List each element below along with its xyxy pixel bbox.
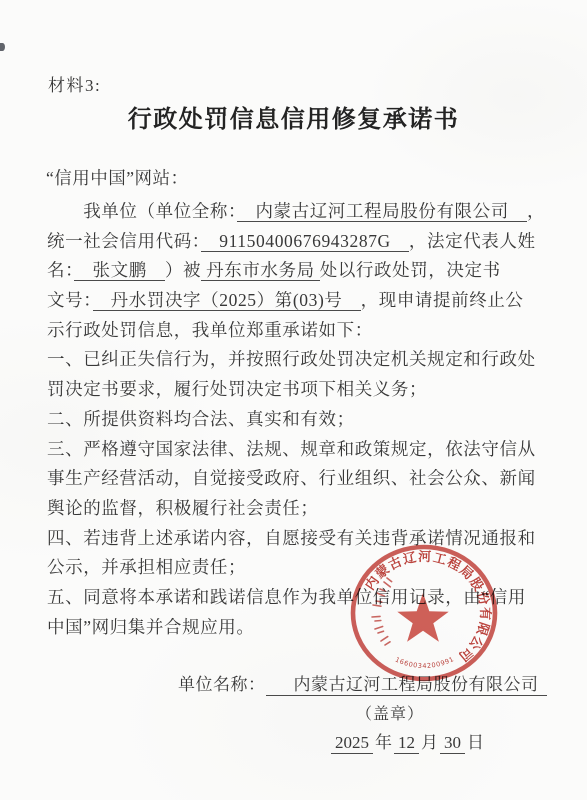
document-title: 行政处罚信息信用修复承诺书 bbox=[0, 99, 587, 134]
document-line: 罚决定书要求，履行处罚决定书项下相关义务； bbox=[47, 375, 552, 405]
date-year: 2025 bbox=[331, 733, 373, 754]
seal-star-icon bbox=[397, 593, 448, 642]
seal-number: 1660034200991 bbox=[394, 655, 455, 670]
document-line: 三、严格遵守国家法律、法规、规章和政策规定，依法守信从 bbox=[47, 435, 552, 465]
document-line: 示行政处罚信息，我单位郑重承诺如下： bbox=[47, 316, 552, 346]
salutation: “信用中国”网站： bbox=[46, 165, 189, 190]
document-line: 二、所提供资料均合法、真实和有效； bbox=[47, 405, 552, 435]
date-year-suffix: 年 bbox=[373, 733, 394, 752]
date-month: 12 bbox=[394, 733, 419, 754]
date-month-suffix: 月 bbox=[419, 733, 440, 752]
material-label: 材料3: bbox=[48, 71, 101, 96]
document-line: 一、已纠正失信行为，并按照行政处罚决定机关规定和行政处 bbox=[47, 345, 552, 375]
document-line: 名： 张文鹏 ）被 丹东市水务局 处以行政处罚，决定书 bbox=[47, 256, 552, 286]
document-page: 材料3: 行政处罚信息信用修复承诺书 “信用中国”网站： 我单位（单位全称： 内… bbox=[0, 0, 587, 800]
document-line: 我单位（单位全称： 内蒙古辽河工程局股份有限公司 ， bbox=[47, 197, 552, 227]
seal-note: （盖章） bbox=[356, 701, 424, 724]
company-seal: 内蒙古辽河工程局股份有限公司 1660034200991 bbox=[344, 538, 508, 696]
date-day: 30 bbox=[440, 733, 465, 754]
document-line: 事生产经营活动，自觉接受政府、行业组织、社会公众、新闻 bbox=[47, 464, 552, 494]
document-line: 统一社会信用代码： 91150400676943287G ，法定代表人姓 bbox=[47, 227, 552, 257]
signature-date-line: 2025年12月30日 bbox=[331, 728, 486, 753]
document-line: 文号： 丹水罚决字（2025）第(03)号 ，现申请提前终止公 bbox=[47, 286, 552, 316]
document-line: 舆论的监督，积极履行社会责任； bbox=[47, 494, 552, 524]
date-day-suffix: 日 bbox=[465, 733, 486, 752]
scan-artifact-speck bbox=[0, 43, 5, 51]
signature-unit-label: 单位名称： bbox=[178, 675, 266, 694]
